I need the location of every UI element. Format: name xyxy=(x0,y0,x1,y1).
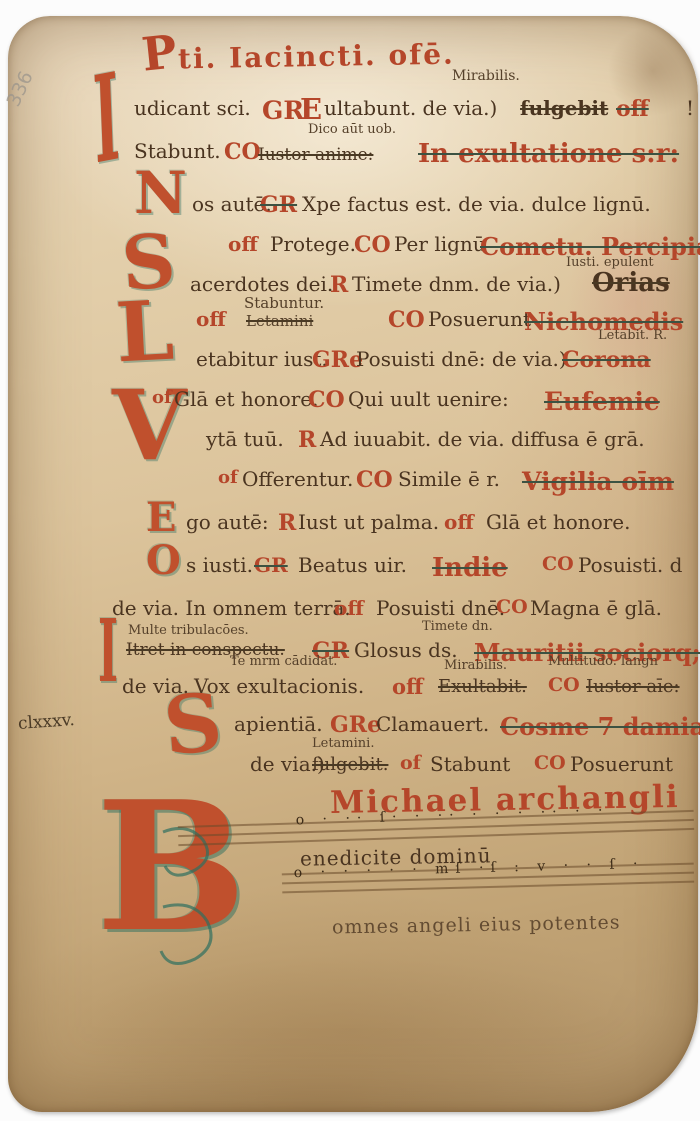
text-line-8: of Glā et honore. CO Qui uult uenire: Eu… xyxy=(0,387,700,421)
word-segment: Posuisti dnē. xyxy=(376,596,505,620)
struck-rubric-off: off xyxy=(616,96,649,122)
word-segment: Ad iuuabit. de via. diffusa ē grā. xyxy=(320,427,645,451)
struck-feast-name: Corona xyxy=(562,347,651,373)
word-segment: Per lignū xyxy=(394,232,486,256)
word-segment: apientiā. xyxy=(234,712,323,736)
word-segment: Xpe factus est. de via. dulce lignū. xyxy=(302,192,651,216)
edge-mark: ! xyxy=(686,96,694,120)
chant-incipit-off: off xyxy=(334,596,364,620)
chant-incipit-co: CO xyxy=(548,674,580,696)
struck-word: Indie xyxy=(432,553,508,583)
text-line-5: acerdotes dei. R Timete dnm. de via.) Iu… xyxy=(0,272,700,306)
chant-incipit-co: CO xyxy=(534,752,566,774)
chant-incipit-off: of xyxy=(400,752,421,774)
word-segment: etabitur iust. xyxy=(196,347,328,371)
word-segment: Protege. xyxy=(270,232,356,256)
word-segment: Simile ē r. xyxy=(398,467,500,491)
chant-incipit-gr: GR xyxy=(262,96,304,125)
word-segment: udicant sci. xyxy=(134,96,251,120)
word-segment: Posuisti dnē: de via.) xyxy=(356,347,567,371)
interlinear-note: Multitudo. langn xyxy=(548,654,658,669)
interlinear-note: Timete dn. xyxy=(422,619,493,634)
word-segment: s iusti. xyxy=(186,553,253,577)
interlinear-note: Dico aūt uob. xyxy=(308,122,396,137)
struck-word: fulgebit xyxy=(520,96,608,120)
struck-word: fulgebit. xyxy=(312,754,388,775)
chant-incipit-r: R xyxy=(278,510,296,536)
text-line-12: s iusti. GR Beatus uir. Indie CO Posuist… xyxy=(0,553,700,587)
chant-incipit-off: off xyxy=(392,674,423,699)
manuscript-photo: 336 P ti. Iacincti. ofē. Mirabilis. I N … xyxy=(0,0,700,1121)
struck-word: Iustor aīe: xyxy=(586,676,680,697)
interlinear-note: Multe tribulacōes. xyxy=(128,623,249,638)
chant-incipit-off: of xyxy=(218,467,238,488)
word-segment: Stabunt xyxy=(430,752,510,776)
chant-capital: E xyxy=(300,92,322,126)
stacked-alternative-bottom: Letamini xyxy=(246,312,313,330)
chant-incipit-co: CO xyxy=(496,596,528,618)
struck-word: Orias xyxy=(592,268,670,298)
word-segment: Glosus ds. xyxy=(354,638,458,662)
word-segment: Magna ē glā. xyxy=(530,596,662,620)
text-line-10: of Offerentur. CO Simile ē r. Vigilia oī… xyxy=(0,467,700,501)
chant-incipit-off: of xyxy=(152,387,172,408)
word-segment: Timete dnm. de via.) xyxy=(352,272,561,296)
chant-incipit-co: CO xyxy=(224,139,261,165)
chant-incipit-off: off xyxy=(196,307,226,331)
word-segment: Clamauert. xyxy=(376,712,489,736)
text-line-13: de via. In omnem terrā. off Posuisti dnē… xyxy=(0,596,700,630)
struck-feast-name: Cosme 7 damiani xyxy=(500,712,700,741)
word-segment: Glā et honore. xyxy=(174,387,318,411)
word-segment: ytā tuū. xyxy=(206,427,284,451)
word-segment: Beatus uir. xyxy=(298,553,407,577)
word-segment: Posuerunt xyxy=(428,307,531,331)
text-line-7: etabitur iust. GRe Posuisti dnē: de via.… xyxy=(0,347,700,381)
text-line-15: de via. Te mrm cādidat. Vox exultacionis… xyxy=(0,674,700,708)
struck-rubric-gr: GR xyxy=(260,192,297,218)
interlinear-note: Te mrm cādidat. xyxy=(230,654,337,669)
chant-incipit-r: R xyxy=(298,427,316,453)
chant-incipit-gr: GRe xyxy=(330,712,381,738)
word-segment: de via. In omnem terrā. xyxy=(112,596,351,620)
word-segment: Offerentur. xyxy=(242,467,353,491)
stacked-alternative-top: Stabuntur. xyxy=(244,294,324,312)
chant-incipit-co: CO xyxy=(542,553,574,575)
interlinear-note: Mirabilis. xyxy=(444,658,507,673)
word-segment: Posuerunt xyxy=(570,752,673,776)
chant-incipit-co: CO xyxy=(354,232,391,258)
struck-word: Iustor anime: xyxy=(258,145,373,165)
word-segment: Qui uult uenire: xyxy=(348,387,509,411)
word-segment: Vox exultacionis. xyxy=(194,674,364,698)
word-segment: Glā et honore. xyxy=(486,510,630,534)
chant-incipit-r: R xyxy=(330,272,348,298)
struck-word: Exultabit. xyxy=(438,676,527,697)
word-segment: acerdotes dei. xyxy=(190,272,333,296)
interlinear-note: Letamini. xyxy=(312,736,374,751)
struck-feast-name: In exultatione s:r: xyxy=(418,139,679,169)
word-segment: Stabunt. xyxy=(134,139,221,163)
header-initial-p: P xyxy=(139,24,179,81)
word-segment: Iust ut palma. xyxy=(298,510,439,534)
struck-feast-name: Vigilia oīm xyxy=(522,467,674,496)
struck-rubric-gr: GR xyxy=(254,553,288,577)
chant-incipit-off: off xyxy=(444,510,474,534)
interlinear-note: Letabit. R. xyxy=(598,328,667,343)
chant-incipit-co: CO xyxy=(388,307,425,333)
text-line-11: go autē: R Iust ut palma. off Glā et hon… xyxy=(0,510,700,544)
text-line-3: os autē. GR Xpe factus est. de via. dulc… xyxy=(0,192,700,226)
chant-incipit-co: CO xyxy=(356,467,393,493)
interlinear-note: Mirabilis. xyxy=(452,68,520,84)
word-segment: Posuisti. d xyxy=(578,553,682,577)
struck-feast-name: Eufemie xyxy=(544,387,660,416)
header-title: ti. Iacincti. ofē. xyxy=(178,38,455,76)
word-segment: go autē: xyxy=(186,510,269,534)
chant-incipit-co: CO xyxy=(308,387,345,413)
word-segment: de via. xyxy=(122,674,189,698)
text-line-9: ytā tuū. R Ad iuuabit. de via. diffusa ē… xyxy=(0,427,700,461)
word-segment: ultabunt. de via.) xyxy=(324,96,497,120)
text-line-2: Stabunt. CO Dico aūt uob. Iustor anime: … xyxy=(0,139,700,173)
text-line-6: off Stabuntur. Letamini CO Posuerunt Nic… xyxy=(0,307,700,341)
chant-incipit-off: off xyxy=(228,232,258,256)
